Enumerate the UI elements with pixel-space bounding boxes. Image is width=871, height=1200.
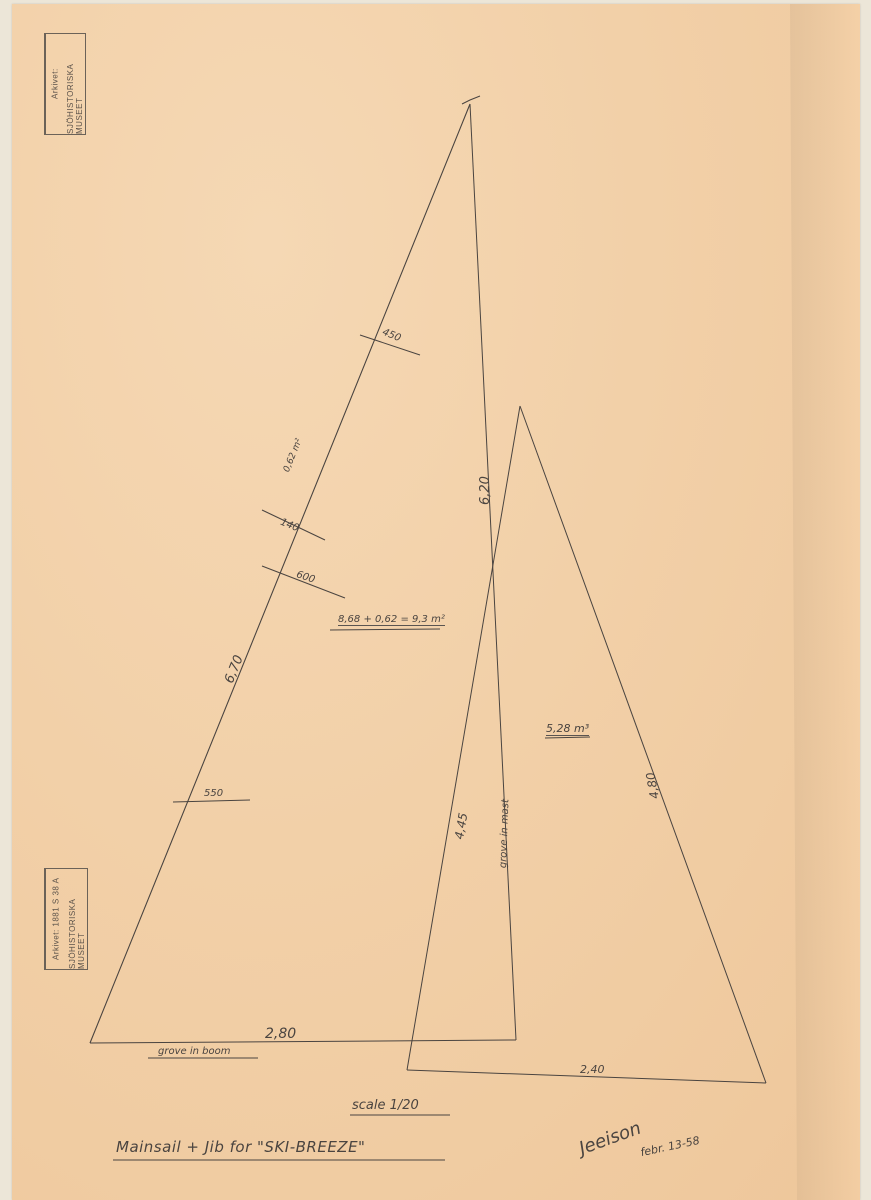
mainsail-foot-length: 2,80 — [265, 1026, 296, 1042]
scale-label: scale 1/20 — [352, 1098, 419, 1113]
jib-luff-line — [407, 406, 520, 1070]
mainsail-leech-length: 6,20 — [478, 476, 493, 505]
mainsail-leech-line — [470, 104, 516, 1040]
jib-foot-length: 2,40 — [580, 1063, 605, 1076]
sail-drawing — [0, 0, 871, 1200]
drawing-title: Mainsail + Jib for "SKI-BREEZE" — [116, 1138, 365, 1156]
mainsail-roach-line — [90, 104, 470, 1043]
jib-area-label: 5,28 m³ — [546, 722, 589, 736]
boom-groove-note: grove in boom — [158, 1046, 230, 1057]
mainsail-foot-line — [90, 1040, 516, 1043]
batten-550-line — [173, 800, 250, 802]
mainsail-area-calc: 8,68 + 0,62 = 9,3 m² — [338, 614, 445, 626]
archive-stamp-bottom: Arkivet: 1881 S 38 A SJÖHISTORISKA MUSEE… — [44, 868, 88, 970]
batten-550-label: 550 — [204, 788, 223, 799]
jib-leech-line — [520, 406, 766, 1083]
archive-stamp-top: Arkivet: SJÖHISTORISKA MUSEET — [44, 33, 86, 135]
